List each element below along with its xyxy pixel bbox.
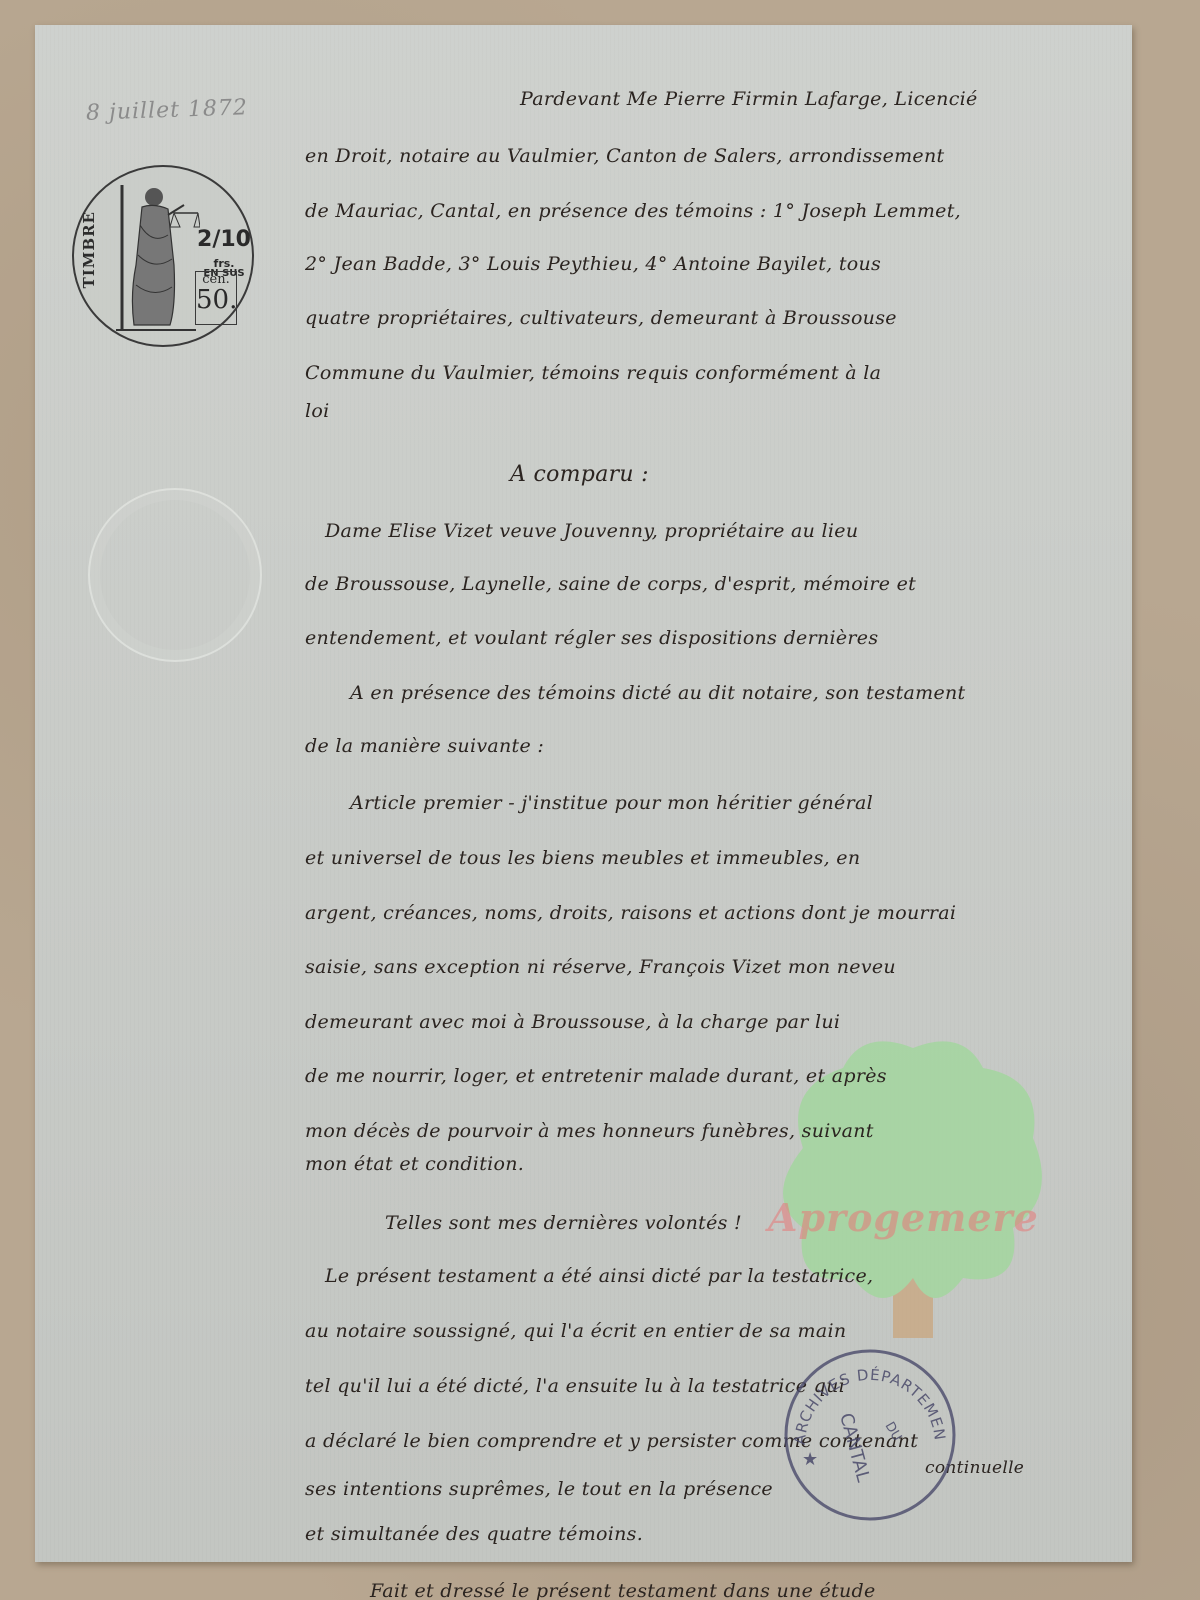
text-line: de me nourrir, loger, et entretenir mala… <box>305 1065 887 1087</box>
text-line: Le présent testament a été ainsi dicté p… <box>325 1265 873 1287</box>
svg-text:CANTAL: CANTAL <box>835 1411 873 1484</box>
text-line: de Mauriac, Cantal, en présence des témo… <box>305 200 961 222</box>
text-line: de Broussouse, Laynelle, saine de corps,… <box>305 573 916 595</box>
stamp-value: cen. 50. <box>195 271 237 325</box>
text-line: ses intentions suprêmes, le tout en la p… <box>305 1478 773 1500</box>
text-line: en Droit, notaire au Vaulmier, Canton de… <box>305 145 944 167</box>
svg-text:★: ★ <box>802 1449 818 1470</box>
embossed-seal <box>88 488 262 662</box>
text-line: Dame Elise Vizet veuve Jouvenny, proprié… <box>325 520 858 542</box>
text-line: A en présence des témoins dicté au dit n… <box>350 682 966 704</box>
section-heading: A comparu : <box>510 462 649 487</box>
text-line: et universel de tous les biens meubles e… <box>305 847 860 869</box>
text-line: demeurant avec moi à Broussouse, à la ch… <box>305 1011 840 1033</box>
text-line: entendement, et voulant régler ses dispo… <box>305 627 878 649</box>
text-line: Fait et dressé le présent testament dans… <box>370 1580 875 1600</box>
text-line: quatre propriétaires, cultivateurs, deme… <box>305 307 897 329</box>
stamp-label: TIMBRE <box>80 211 98 288</box>
text-line: mon décès de pourvoir à mes honneurs fun… <box>305 1120 874 1142</box>
text-line: Article premier - j'institue pour mon hé… <box>350 792 873 814</box>
text-line: Commune du Vaulmier, témoins requis conf… <box>305 362 881 384</box>
justice-figure-icon <box>112 175 200 335</box>
text-line: Pardevant Me Pierre Firmin Lafarge, Lice… <box>520 88 978 110</box>
fiscal-stamp: TIMBRE 2/10 frs. EN SUS cen. 50. <box>72 165 254 347</box>
svg-text:ARCHIVES DÉPARTEMENTALES: ARCHIVES DÉPARTEMENTALES <box>780 1345 949 1445</box>
text-line: au notaire soussigné, qui l'a écrit en e… <box>305 1320 846 1342</box>
text-line: et simultanée des quatre témoins. <box>305 1523 643 1545</box>
text-line: de la manière suivante : <box>305 735 544 757</box>
text-line: argent, créances, noms, droits, raisons … <box>305 902 956 924</box>
text-line: Telles sont mes dernières volontés ! <box>385 1212 742 1234</box>
svg-text:DU: DU <box>882 1420 905 1444</box>
text-line: loi <box>305 400 330 422</box>
text-line: mon état et condition. <box>305 1153 524 1175</box>
archives-stamp: ARCHIVES DÉPARTEMENTALES DU CANTAL ★ <box>780 1345 960 1525</box>
text-line: saisie, sans exception ni réserve, Franç… <box>305 956 896 978</box>
text-line: 2° Jean Badde, 3° Louis Peythieu, 4° Ant… <box>305 253 881 275</box>
text-line: tel qu'il lui a été dicté, l'a ensuite l… <box>305 1375 845 1397</box>
watermark-text: Aprogemere <box>768 1195 1039 1240</box>
